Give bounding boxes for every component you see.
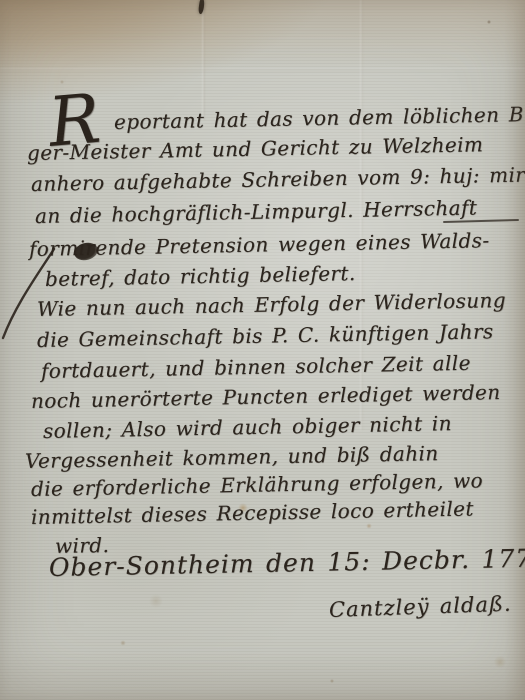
fold-crease-vertical-top	[202, 0, 205, 120]
manuscript-line-5: formirende Pretension wegen eines Walds-	[29, 228, 490, 261]
manuscript-line-7: Wie nun auch nach Erfolg der Widerlosung	[37, 288, 506, 321]
manuscript-line-6: betref, dato richtig beliefert.	[45, 261, 356, 291]
manuscript-line-8: die Gemeinschaft bis P. C. künftigen Jah…	[37, 319, 494, 352]
manuscript-line-12: Vergessenheit kommen, und biß dahin	[25, 441, 439, 473]
manuscript-line-9: fortdauert, und binnen solcher Zeit alle	[41, 351, 471, 383]
manuscript-line-10: noch unerörterte Puncten erlediget werde…	[31, 380, 501, 413]
paper-tear	[198, 0, 205, 14]
document-photo: R eportant hat das von dem löblichen Bur…	[0, 0, 525, 700]
manuscript-line-1: eportant hat das von dem löblichen Bur-	[114, 102, 525, 134]
manuscript-line-3: anhero aufgehabte Schreiben vom 9: huj: …	[31, 163, 525, 196]
manuscript-line-14: inmittelst dieses Recepisse loco ertheil…	[31, 497, 474, 529]
dateline: Ober-Sontheim den 15: Decbr. 1774.	[49, 543, 525, 583]
signature: Cantzleÿ aldaß.	[329, 592, 512, 624]
manuscript-line-4: an die hochgräflich-Limpurgl. Herrschaft	[35, 196, 478, 228]
fold-crease-horizontal	[0, 68, 525, 71]
manuscript-line-13: die erforderliche Erklährung erfolgen, w…	[31, 468, 483, 501]
manuscript-line-11: sollen; Also wird auch obiger nicht in	[43, 411, 452, 443]
